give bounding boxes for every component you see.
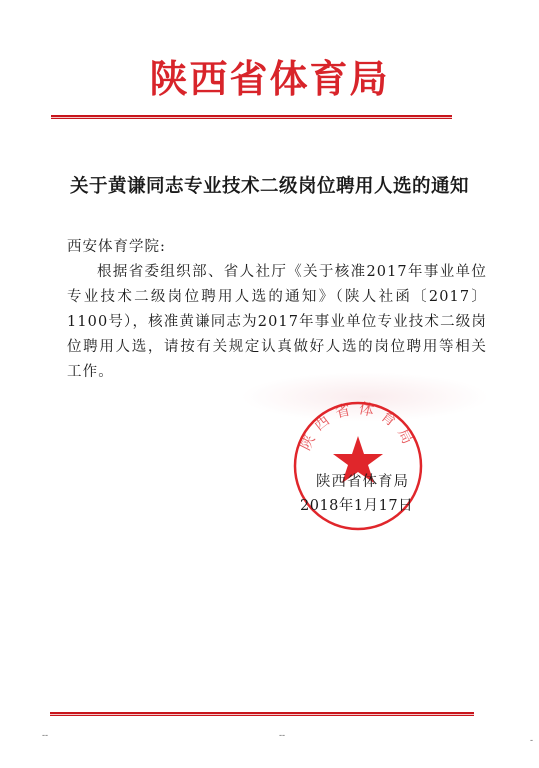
signer-name: 陕西省体育局 — [316, 470, 409, 491]
salutation: 西安体育学院: — [67, 235, 166, 256]
header-red-rule — [51, 115, 452, 119]
org-header-title: 陕西省体育局 — [0, 56, 539, 102]
footer-mark-center: -- — [279, 731, 285, 741]
footer-red-rule — [50, 712, 474, 716]
document-title: 关于黄谦同志专业技术二级岗位聘用人选的通知 — [0, 172, 539, 198]
footer-mark-right: - — [530, 736, 533, 746]
signature-date: 2018年1月17日 — [300, 494, 413, 515]
footer-mark-left: -- — [42, 731, 48, 741]
body-paragraph-text: 根据省委组织部、省人社厅《关于核准2017年事业单位专业技术二级岗位聘用人选的通… — [67, 264, 487, 380]
body-paragraph: 根据省委组织部、省人社厅《关于核准2017年事业单位专业技术二级岗位聘用人选的通… — [67, 260, 487, 385]
